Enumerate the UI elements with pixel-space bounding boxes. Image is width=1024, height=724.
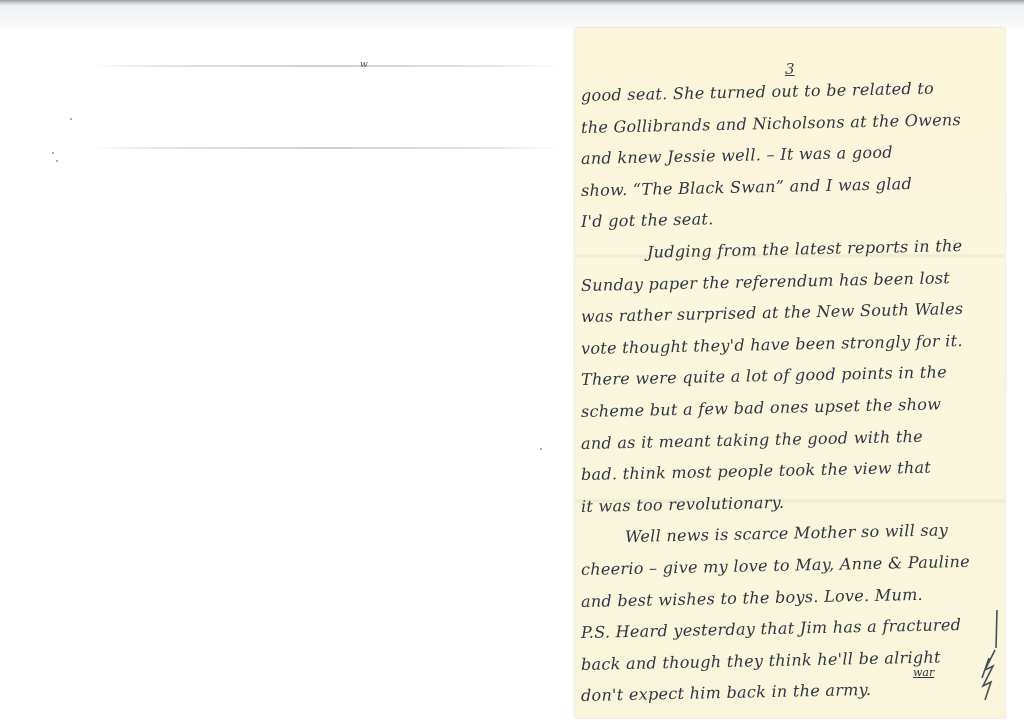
inserted-word: war — [913, 666, 934, 679]
letter-body: good seat. She turned out to be related … — [581, 80, 1001, 712]
stray-ink-mark: w — [360, 60, 368, 70]
scan-speck — [52, 152, 54, 154]
scan-speck — [70, 118, 72, 120]
scan-speck — [56, 160, 58, 162]
blank-page-fold-line — [90, 65, 560, 67]
scan-top-shadow — [0, 6, 1024, 28]
scan-speck — [540, 448, 542, 450]
blank-page-fold-line — [90, 147, 560, 149]
letter-sheet: 3 good seat. She turned out to be relate… — [575, 28, 1005, 718]
margin-signature-scrawl-icon — [979, 608, 1001, 708]
